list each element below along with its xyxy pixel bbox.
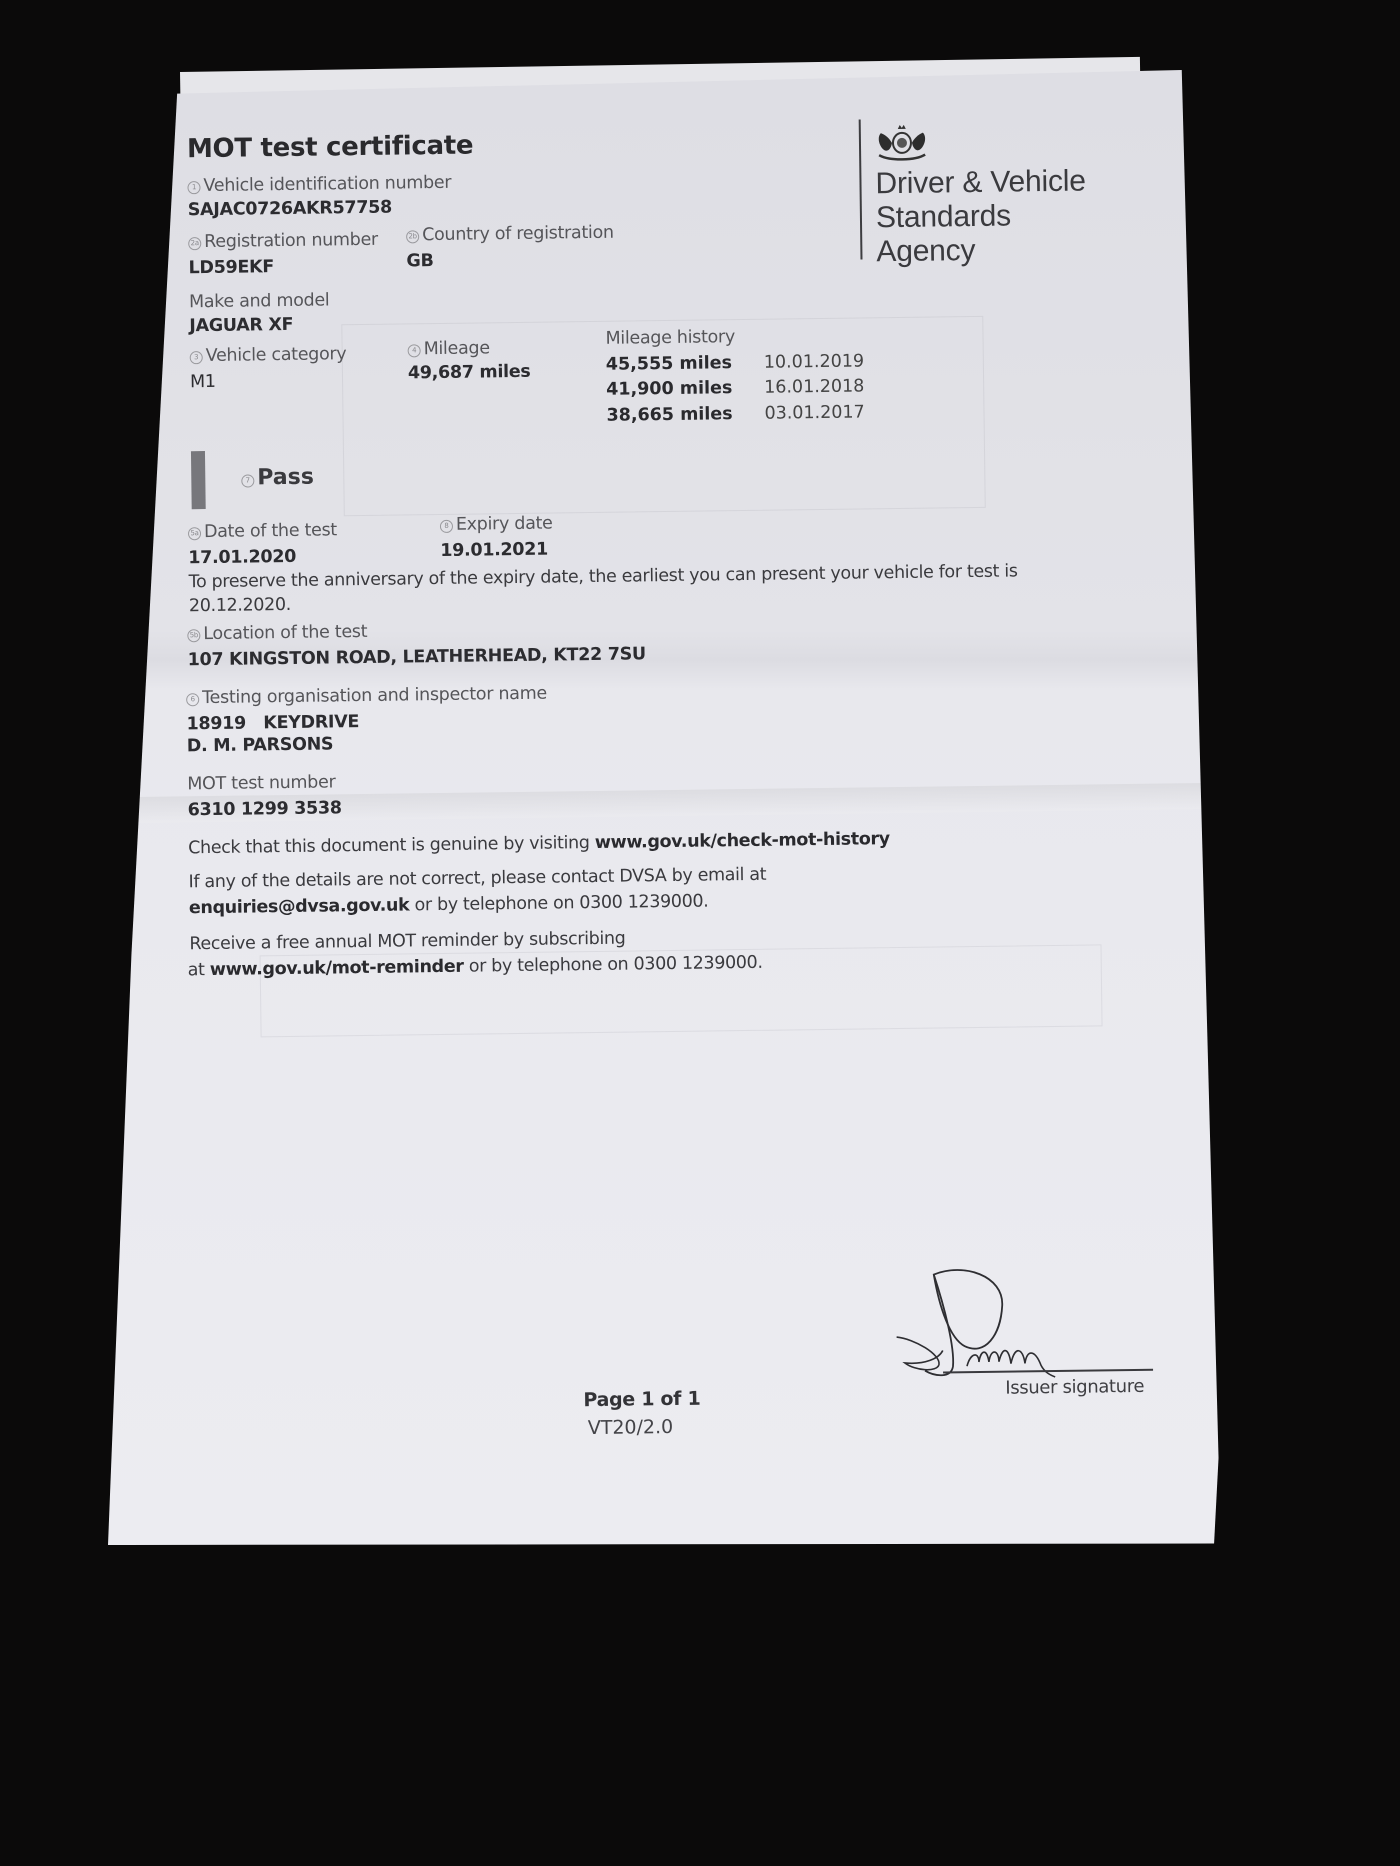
field-number-badge: 3	[190, 351, 203, 364]
reminder-phone-text: or by telephone on 0300 1239000.	[463, 953, 762, 977]
mileage-history-row: 41,900 miles16.01.2018	[606, 376, 864, 399]
logo-divider	[859, 119, 863, 259]
field-number-badge: 5b	[187, 629, 200, 642]
result-status-bar	[191, 451, 206, 509]
mot-reminder-link[interactable]: www.gov.uk/mot-reminder	[210, 957, 464, 980]
genuine-check-notice: Check that this document is genuine by v…	[188, 829, 890, 858]
dvsa-email-link[interactable]: enquiries@dvsa.gov.uk	[189, 895, 410, 918]
field-number-badge: 7	[241, 474, 254, 487]
registration-label-text: Registration number	[204, 230, 378, 252]
expiry-date-label: 8Expiry date	[440, 514, 553, 535]
mileage-history-row: 45,555 miles10.01.2019	[606, 351, 864, 374]
check-mot-history-link[interactable]: www.gov.uk/check-mot-history	[595, 829, 890, 853]
field-number-badge: 5a	[188, 527, 201, 540]
testing-organisation-value: 18919 KEYDRIVE	[186, 712, 359, 734]
country-value: GB	[406, 251, 433, 271]
field-number-badge: 2a	[188, 237, 201, 250]
registration-label: 2aRegistration number	[188, 230, 378, 252]
mileage-history-row: 38,665 miles03.01.2017	[606, 402, 864, 425]
field-number-badge: 1	[187, 181, 200, 194]
vin-value: SAJAC0726AKR57758	[188, 198, 392, 221]
vehicle-category-label-text: Vehicle category	[206, 344, 347, 366]
vin-label-text: Vehicle identification number	[203, 173, 451, 196]
history-miles: 38,665 miles	[606, 404, 764, 426]
mot-certificate-page: MOT test certificate Driver & Vehicle St…	[108, 70, 1223, 1545]
page-title: MOT test certificate	[187, 131, 474, 165]
contact-notice-line2: enquiries@dvsa.gov.uk or by telephone on…	[189, 892, 709, 919]
vehicle-category-value: M1	[190, 372, 216, 392]
testing-organisation-label: 6Testing organisation and inspector name	[186, 684, 547, 709]
mileage-label: 4Mileage	[408, 338, 490, 359]
mot-test-number-label: MOT test number	[187, 772, 335, 794]
mileage-label-text: Mileage	[424, 338, 490, 359]
certificate-content: MOT test certificate Driver & Vehicle St…	[108, 63, 1242, 1552]
test-location-value: 107 KINGSTON ROAD, LEATHERHEAD, KT22 7SU	[188, 644, 646, 670]
test-result: 7Pass	[241, 465, 314, 491]
history-date: 16.01.2018	[764, 376, 864, 397]
field-number-badge: 2b	[406, 230, 419, 243]
test-date-label-text: Date of the test	[204, 520, 337, 542]
history-miles: 45,555 miles	[606, 353, 764, 375]
form-code: VT20/2.0	[588, 1416, 674, 1439]
genuine-check-text: Check that this document is genuine by v…	[188, 833, 595, 858]
mileage-history-table: 45,555 miles10.01.2019 41,900 miles16.01…	[606, 351, 907, 435]
history-date: 03.01.2017	[764, 402, 864, 423]
test-date-label: 5aDate of the test	[188, 520, 337, 542]
logo-line-3: Agency	[876, 233, 1087, 270]
dvsa-logo-text: Driver & Vehicle Standards Agency	[875, 165, 1087, 270]
mileage-history-label: Mileage history	[605, 327, 735, 349]
anniversary-note-line2: 20.12.2020.	[189, 595, 291, 616]
test-location-label: 5bLocation of the test	[187, 622, 367, 644]
test-date-value: 17.01.2020	[188, 547, 296, 568]
mot-test-number-value: 6310 1299 3538	[188, 798, 342, 820]
test-result-status: Pass	[257, 465, 314, 491]
field-number-badge: 6	[186, 693, 199, 706]
make-model-value: JAGUAR XF	[189, 315, 293, 336]
testing-organisation-label-text: Testing organisation and inspector name	[202, 684, 547, 709]
logo-line-1: Driver & Vehicle	[875, 165, 1086, 202]
expiry-date-label-text: Expiry date	[456, 514, 553, 535]
anniversary-note-line1: To preserve the anniversary of the expir…	[189, 561, 1018, 592]
country-label: 2bCountry of registration	[406, 223, 614, 246]
country-label-text: Country of registration	[422, 223, 614, 246]
contact-notice-line1: If any of the details are not correct, p…	[188, 865, 766, 893]
test-location-label-text: Location of the test	[203, 622, 367, 644]
expiry-date-value: 19.01.2021	[440, 540, 548, 561]
issuer-signature-label: Issuer signature	[1005, 1376, 1144, 1399]
field-number-badge: 8	[440, 520, 453, 533]
history-miles: 41,900 miles	[606, 378, 764, 400]
royal-coat-of-arms-icon	[873, 119, 932, 164]
registration-value: LD59EKF	[188, 257, 274, 278]
mileage-value: 49,687 miles	[408, 362, 531, 384]
reminder-notice-line1: Receive a free annual MOT reminder by su…	[189, 929, 625, 955]
page-number: Page 1 of 1	[583, 1388, 700, 1412]
vehicle-category-label: 3Vehicle category	[190, 344, 347, 366]
inspector-name-value: D. M. PARSONS	[187, 734, 334, 756]
history-date: 10.01.2019	[764, 351, 864, 372]
logo-line-2: Standards	[876, 199, 1087, 236]
reminder-prefix: at	[188, 960, 210, 980]
contact-phone-text: or by telephone on 0300 1239000.	[409, 892, 708, 916]
field-number-badge: 4	[408, 344, 421, 357]
make-model-label: Make and model	[189, 290, 330, 312]
vin-label: 1Vehicle identification number	[187, 173, 451, 196]
